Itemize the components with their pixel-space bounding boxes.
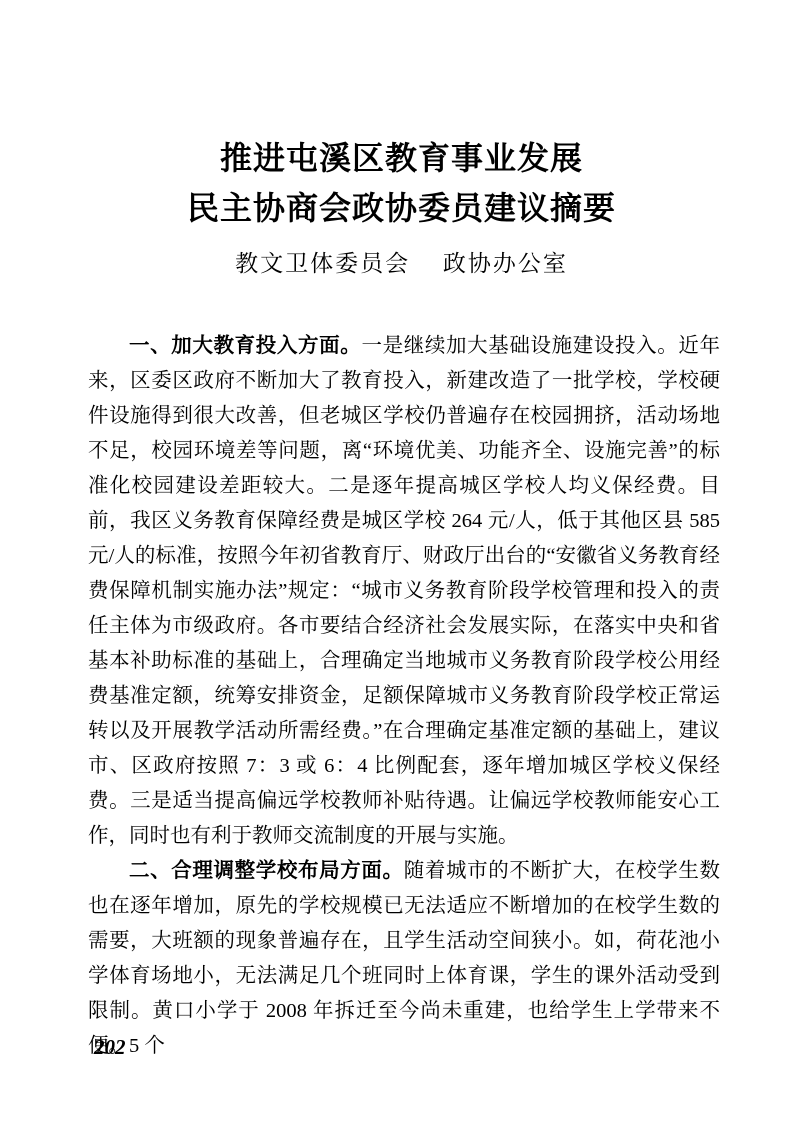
paragraph-1: 一、加大教育投入方面。一是继续加大基础设施建设投入。近年来，区委区政府不断加大了… [88, 329, 720, 854]
body-text: 一、加大教育投入方面。一是继续加大基础设施建设投入。近年来，区委区政府不断加大了… [88, 329, 720, 1064]
paragraph-1-text: 一是继续加大基础设施建设投入。近年来，区委区政府不断加大了教育投入，新建改造了一… [88, 335, 720, 847]
title-line-2: 民主协商会政协委员建议摘要 [0, 183, 803, 233]
paragraph-1-lead: 一、加大教育投入方面。 [129, 335, 361, 357]
title-line-1: 推进屯溪区教育事业发展 [0, 133, 803, 183]
byline: 教文卫体委员会 政协办公室 [0, 247, 803, 281]
paragraph-2-text: 随着城市的不断扩大，在校学生数也在逐年增加，原先的学校规模已无法适应不断增加的在… [88, 860, 720, 1057]
paragraph-2-lead: 二、合理调整学校布局方面。 [129, 860, 404, 882]
document-page: 推进屯溪区教育事业发展 民主协商会政协委员建议摘要 教文卫体委员会 政协办公室 … [0, 0, 803, 1133]
paragraph-2: 二、合理调整学校布局方面。随着城市的不断扩大，在校学生数也在逐年增加，原先的学校… [88, 854, 720, 1064]
page-number: 202 [94, 1033, 126, 1061]
document-title: 推进屯溪区教育事业发展 民主协商会政协委员建议摘要 [0, 133, 803, 233]
